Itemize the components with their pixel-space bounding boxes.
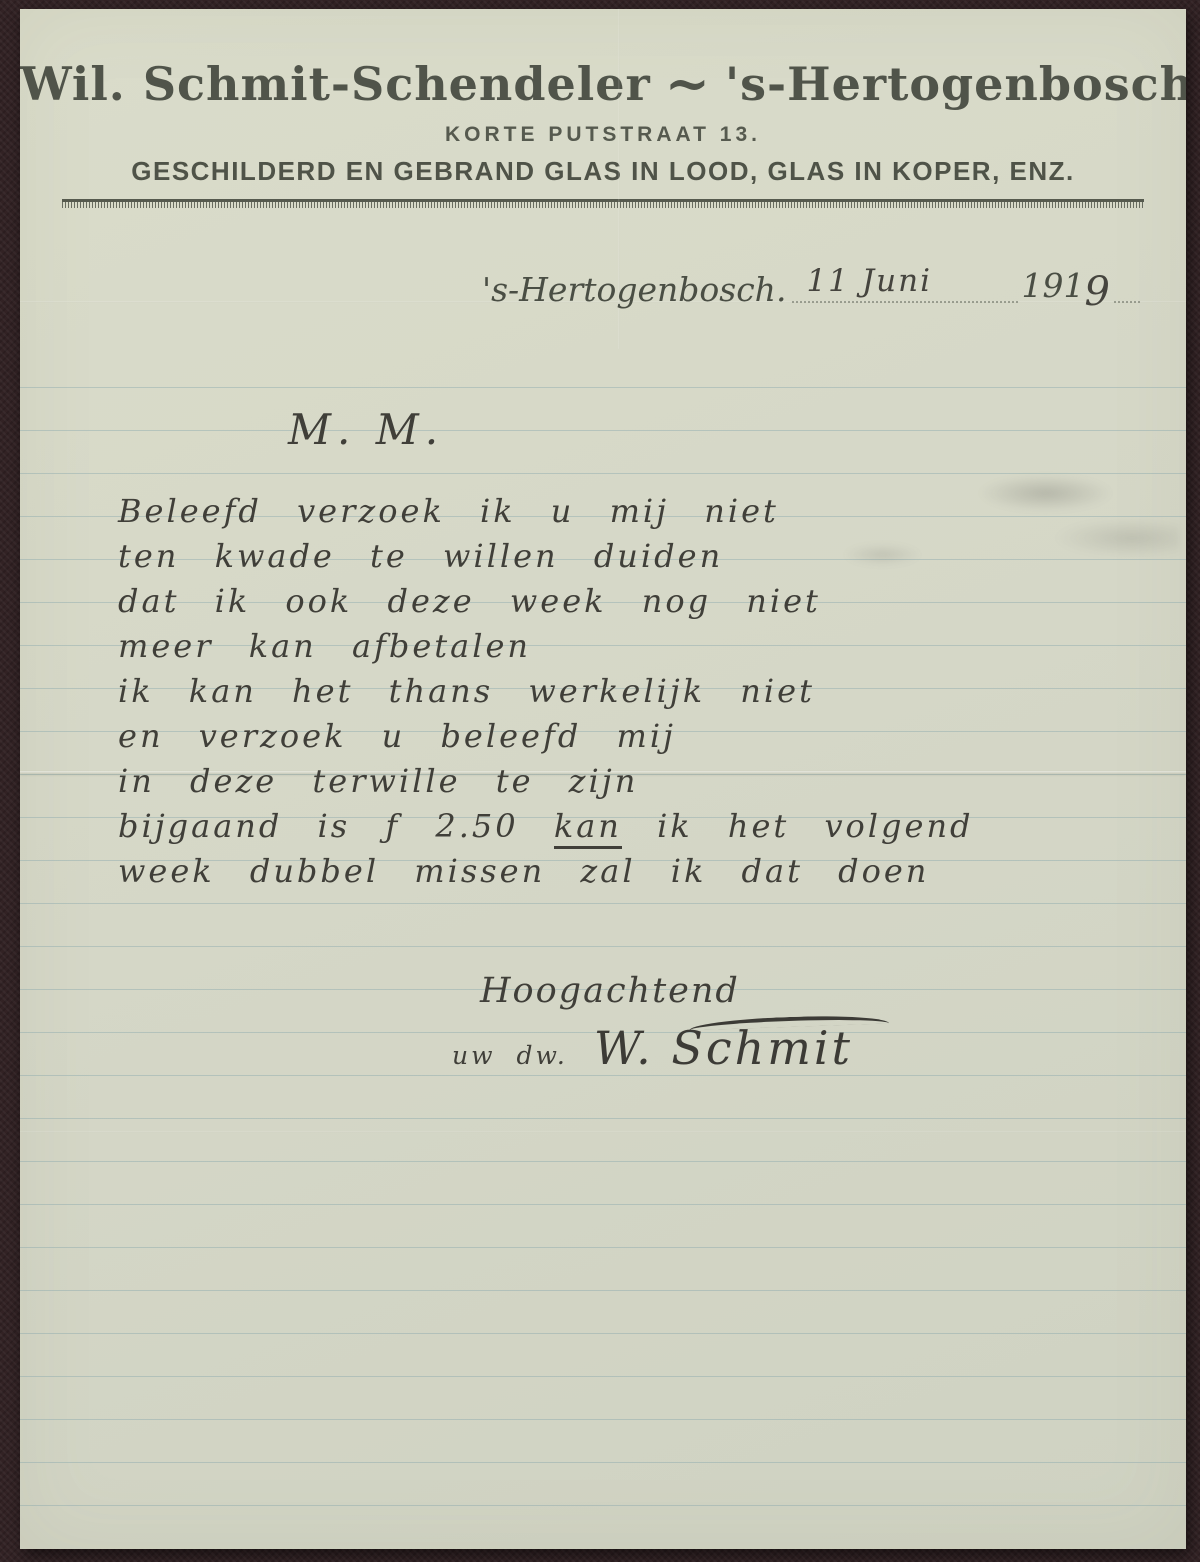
company-city: 's-Hertogenbosch. <box>725 57 1186 111</box>
handwritten-line: week dubbel missen zal ik dat doen <box>118 849 1146 894</box>
handwritten-line-with-underline: bijgaand is ƒ 2.50 kan ik het volgend <box>118 804 1146 849</box>
dotted-leader-tail <box>1114 293 1140 303</box>
valediction: Hoogachtend <box>452 971 853 1011</box>
letter-body: Beleefd verzoek ik u mij niet ten kwade … <box>118 489 1146 894</box>
tilde-ornament: ~ <box>651 51 725 115</box>
scan-background: Wil. Schmit-Schendeler~'s-Hertogenbosch.… <box>0 0 1200 1562</box>
line-segment: bijgaand is ƒ 2.50 <box>118 807 554 845</box>
letterhead: Wil. Schmit-Schendeler~'s-Hertogenbosch.… <box>20 9 1186 209</box>
closing-block: Hoogachtend uw dw. W. Schmit <box>452 971 853 1075</box>
street-address: KORTE PUTSTRAAT 13. <box>20 123 1186 147</box>
year-handwritten-digit: 9 <box>1085 269 1110 315</box>
handwritten-line: in deze terwille te zijn <box>118 759 1146 804</box>
underlined-word: kan <box>554 807 622 849</box>
signature: W. Schmit <box>594 1021 853 1075</box>
company-name: Wil. Schmit-Schendeler <box>20 57 651 111</box>
fold-crease-bottom <box>20 1131 1186 1133</box>
year-printed: 191 <box>1022 266 1085 305</box>
signature-flourish <box>689 1014 889 1031</box>
signature-prefix: uw dw. <box>452 1041 568 1070</box>
business-tagline: GESCHILDERD EN GEBRAND GLAS IN LOOD, GLA… <box>20 156 1186 187</box>
letter-page: Wil. Schmit-Schendeler~'s-Hertogenbosch.… <box>20 9 1186 1549</box>
letterhead-rule <box>62 199 1144 209</box>
dateline-year: 1919 <box>1022 261 1110 311</box>
handwritten-date: 11 Juni <box>806 263 932 299</box>
dateline: 's-Hertogenbosch. 11 Juni 1919 <box>482 257 1140 311</box>
handwritten-line: en verzoek u beleefd mij <box>118 714 1146 759</box>
handwritten-line: ik kan het thans werkelijk niet <box>118 669 1146 714</box>
company-name-line: Wil. Schmit-Schendeler~'s-Hertogenbosch. <box>20 49 1186 113</box>
handwritten-line: ten kwade te willen duiden <box>118 534 1146 579</box>
handwritten-line: meer kan afbetalen <box>118 624 1146 669</box>
handwritten-line: Beleefd verzoek ik u mij niet <box>118 489 1146 534</box>
dotted-leader: 11 Juni <box>792 257 1017 303</box>
salutation: M. M. <box>288 405 444 454</box>
line-segment: ik het volgend <box>622 807 974 845</box>
handwritten-line: dat ik ook deze week nog niet <box>118 579 1146 624</box>
dateline-place: 's-Hertogenbosch. <box>482 270 786 311</box>
signature-row: uw dw. W. Schmit <box>452 1021 853 1075</box>
